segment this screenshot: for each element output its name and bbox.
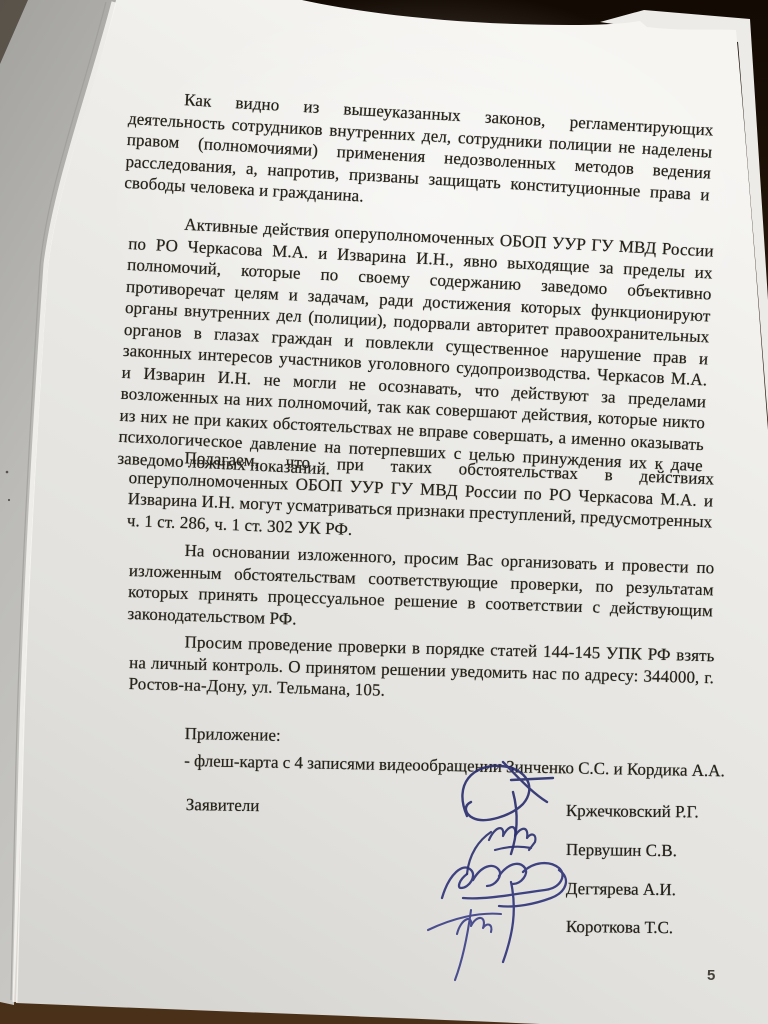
signatures	[415, 758, 605, 993]
document-photo: Как видно из вышеуказанных законов, регл…	[0, 0, 768, 1024]
ink-speck	[6, 471, 9, 474]
signature-scribble-4	[428, 910, 501, 980]
signature-scribble-1	[462, 762, 553, 854]
ink-speck	[8, 499, 10, 501]
signature-scribble-3	[442, 863, 566, 962]
page-number: 5	[707, 967, 715, 984]
applicants-label: Заявители	[186, 795, 260, 816]
